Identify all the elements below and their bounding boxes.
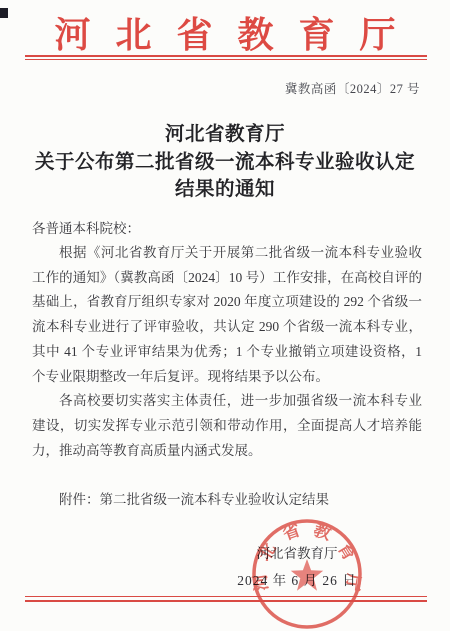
- seal-star-icon: [291, 559, 323, 591]
- salutation: 各普通本科院校：: [32, 216, 422, 241]
- paragraph-2: 各高校要切实落实主体责任，进一步加强省级一流本科专业建设，切实发挥专业示范引领和…: [32, 389, 422, 463]
- document-page: 河北省教育厅 冀教高函〔2024〕27 号 河北省教育厅 关于公布第二批省级一流…: [0, 0, 450, 631]
- title-line-1: 河北省教育厅: [0, 121, 450, 149]
- title-line-3: 结果的通知: [0, 176, 450, 204]
- title-line-2: 关于公布第二批省级一流本科专业验收认定: [0, 149, 450, 177]
- document-body: 各普通本科院校： 根据《河北省教育厅关于开展第二批省级一流本科专业验收工作的通知…: [32, 216, 422, 513]
- paragraph-1: 根据《河北省教育厅关于开展第二批省级一流本科专业验收工作的通知》（冀教高函〔20…: [32, 241, 422, 389]
- document-title: 河北省教育厅 关于公布第二批省级一流本科专业验收认定 结果的通知: [0, 121, 450, 204]
- footer-divider: [25, 596, 427, 602]
- footer-divider-thick-line: [25, 600, 427, 603]
- attachment-line: 附件：第二批省级一流本科专业验收认定结果: [32, 488, 422, 513]
- official-seal-stamp-icon: 河北省教育厅: [251, 518, 363, 630]
- header-divider-thin-line: [25, 59, 427, 60]
- letterhead-org-name: 河北省教育厅: [0, 16, 450, 54]
- document-reference-number: 冀教高函〔2024〕27 号: [285, 79, 420, 97]
- header-divider: [25, 55, 427, 60]
